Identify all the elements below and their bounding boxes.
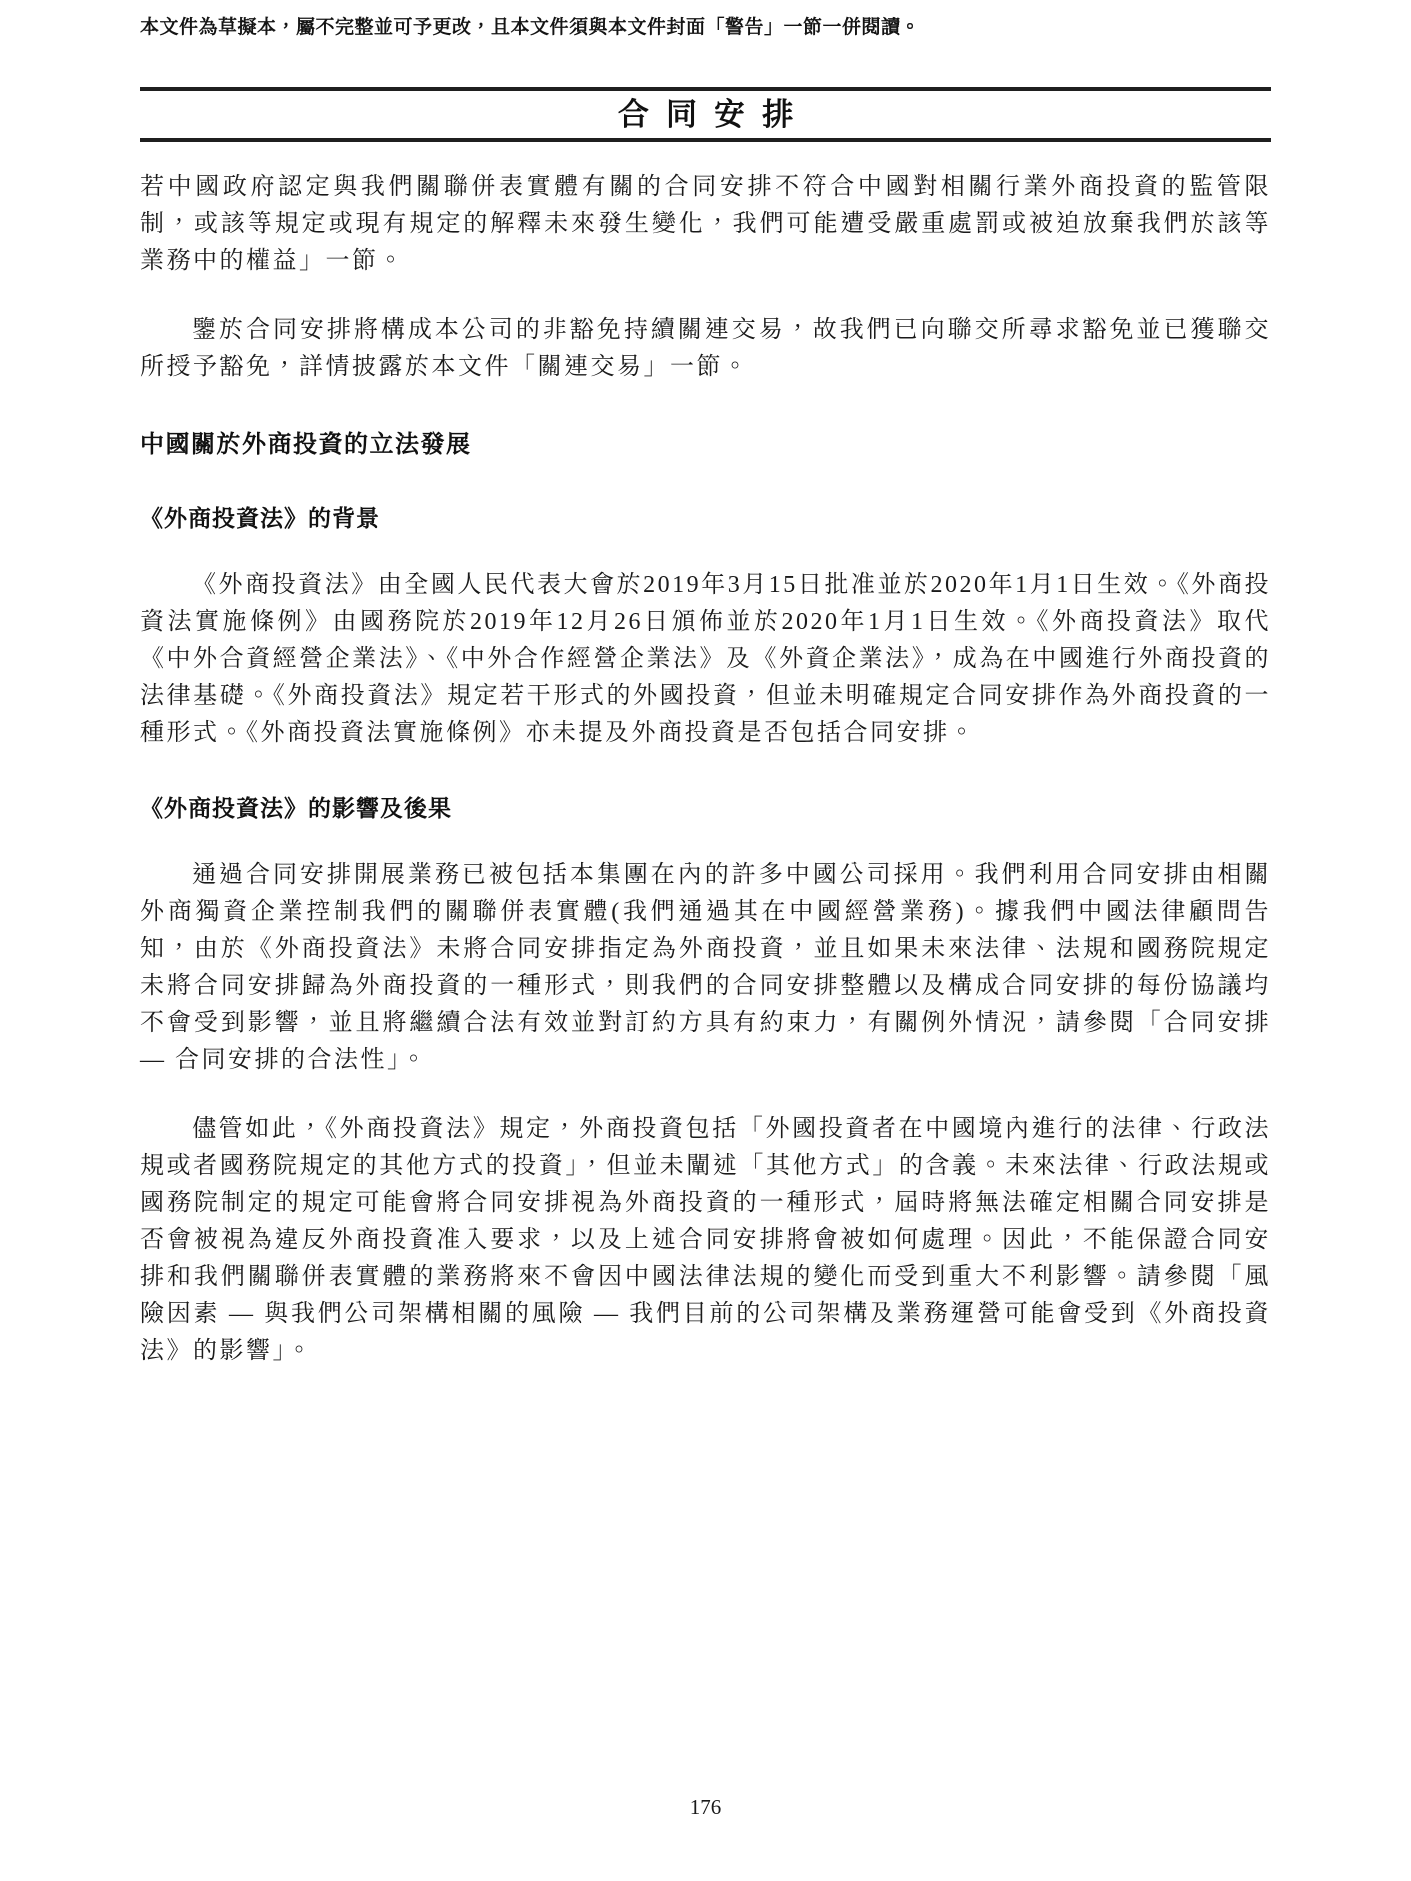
title-rule-bottom (140, 138, 1271, 142)
subsection-heading-fil-impact: 《外商投資法》的影響及後果 (140, 792, 1271, 825)
paragraph-risk-continuation: 若中國政府認定與我們關聯併表實體有關的合同安排不符合中國對相關行業外商投資的監管… (140, 169, 1271, 280)
paragraph-fil-impact: 通過合同安排開展業務已被包括本集團在內的許多中國公司採用。我們利用合同安排由相關… (140, 857, 1271, 1079)
title-block: 合同安排 (140, 87, 1271, 142)
subsection-heading-fil-background: 《外商投資法》的背景 (140, 502, 1271, 535)
page-title: 合同安排 (140, 96, 1271, 133)
page-number: 176 (140, 1795, 1271, 1820)
paragraph-fil-background: 《外商投資法》由全國人民代表大會於2019年3月15日批准並於2020年1月1日… (140, 567, 1271, 752)
document-content: 本文件為草擬本，屬不完整並可予更改，且本文件須與本文件封面「警告」一節一併閱讀。… (140, 0, 1271, 1370)
paragraph-waiver: 鑒於合同安排將構成本公司的非豁免持續關連交易，故我們已向聯交所尋求豁免並已獲聯交… (140, 312, 1271, 386)
draft-disclaimer: 本文件為草擬本，屬不完整並可予更改，且本文件須與本文件封面「警告」一節一併閱讀。 (140, 0, 1271, 41)
title-rule-top (140, 87, 1271, 91)
paragraph-fil-uncertainty: 儘管如此，《外商投資法》規定，外商投資包括「外國投資者在中國境內進行的法律、行政… (140, 1111, 1271, 1370)
section-heading-legislative-development: 中國關於外商投資的立法發展 (140, 428, 1271, 462)
document-page: 本文件為草擬本，屬不完整並可予更改，且本文件須與本文件封面「警告」一節一併閱讀。… (0, 0, 1411, 1881)
